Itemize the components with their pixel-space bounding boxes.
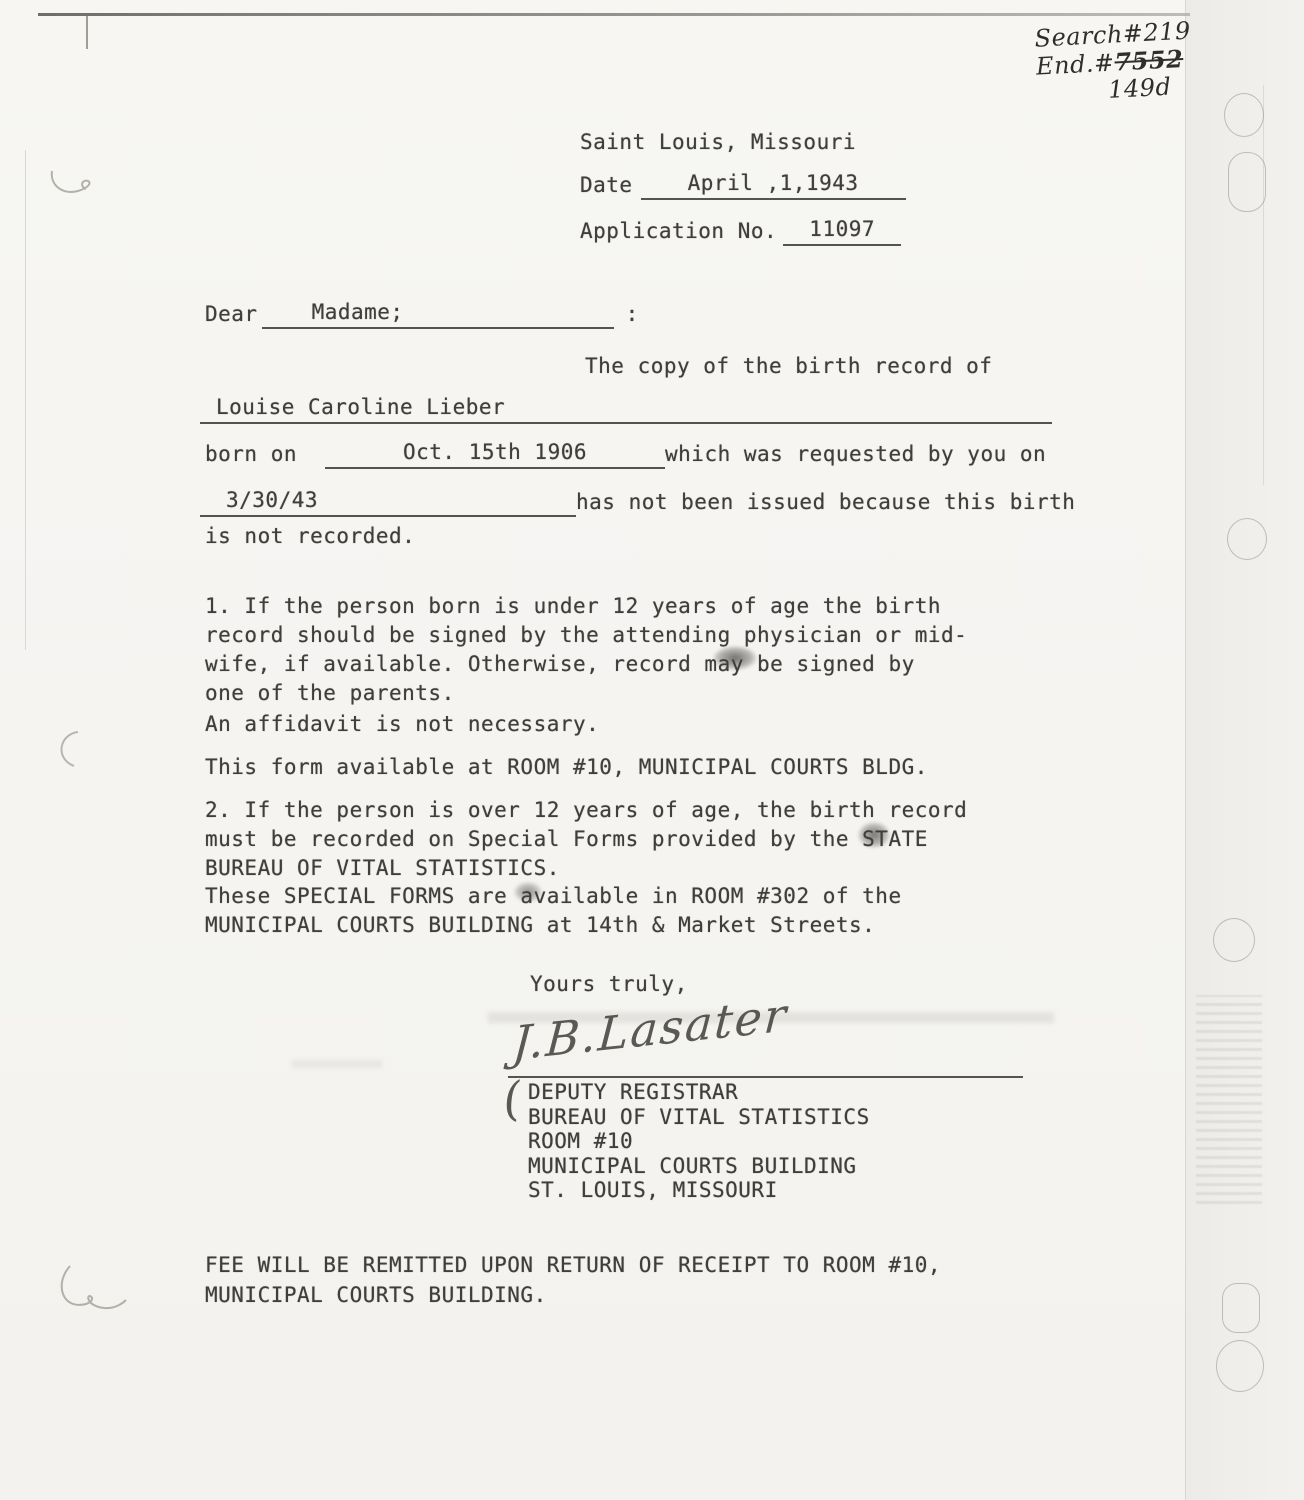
punch-hole bbox=[1213, 918, 1255, 962]
signature-rule bbox=[508, 1076, 1023, 1078]
stamp-ghost-smudge bbox=[292, 1060, 382, 1068]
punch-hole bbox=[1227, 518, 1267, 560]
punch-hole bbox=[1222, 1283, 1260, 1333]
application-label: Application No. bbox=[580, 217, 777, 246]
pen-squiggle bbox=[52, 728, 92, 772]
special-forms-paragraph: These SPECIAL FORMS are available in ROO… bbox=[205, 882, 1025, 940]
scan-left-fold-line bbox=[25, 150, 26, 650]
affidavit-line: An affidavit is not necessary. bbox=[205, 710, 599, 739]
signature-block: DEPUTY REGISTRAR BUREAU OF VITAL STATIST… bbox=[528, 1080, 870, 1203]
application-number-field: 11097 bbox=[783, 215, 901, 246]
punch-hole bbox=[1224, 93, 1264, 137]
form-available-line: This form available at ROOM #10, MUNICIP… bbox=[205, 753, 928, 782]
letter-city-line: Saint Louis, Missouri bbox=[580, 128, 856, 157]
date-row: DateApril ,1,1943 bbox=[580, 169, 906, 200]
scan-top-edge-line bbox=[38, 13, 1190, 16]
not-issued-text: has not been issued because this birth bbox=[576, 488, 1075, 517]
pen-squiggle bbox=[52, 1262, 142, 1332]
scan-crease-line bbox=[1263, 85, 1264, 485]
name-field: Louise Caroline Lieber bbox=[200, 393, 1052, 424]
name-row: Louise Caroline Lieber bbox=[200, 393, 1052, 424]
annotation-struck-number: 7552 bbox=[1114, 44, 1184, 77]
salutation-colon: : bbox=[626, 300, 639, 329]
paragraph-1: 1. If the person born is under 12 years … bbox=[205, 592, 1005, 708]
request-date-field: 3/30/43 bbox=[200, 486, 576, 517]
dear-label: Dear bbox=[205, 300, 258, 329]
birth-date-field: Oct. 15th 1906 bbox=[325, 438, 665, 469]
scanned-letter-page: Search#219 End.#7552 149d Saint Louis, M… bbox=[0, 0, 1304, 1500]
born-on-label: born on bbox=[205, 440, 297, 469]
request-date-row: 3/30/43has not been issued because this … bbox=[200, 486, 1075, 517]
punch-hole bbox=[1228, 152, 1266, 212]
closing-line: Yours truly, bbox=[530, 970, 688, 999]
not-recorded-line: is not recorded. bbox=[205, 522, 415, 551]
born-on-row: born onOct. 15th 1906which was requested… bbox=[205, 438, 1046, 469]
fee-notice: FEE WILL BE REMITTED UPON RETURN OF RECE… bbox=[205, 1250, 1065, 1310]
intro-line: The copy of the birth record of bbox=[585, 352, 992, 381]
page-right-margin-band bbox=[1185, 0, 1304, 1500]
date-label: Date bbox=[580, 171, 633, 200]
handwritten-annotation: Search#219 End.#7552 149d bbox=[1034, 18, 1178, 107]
punch-hole bbox=[1216, 1340, 1264, 1392]
scan-edge-tick bbox=[86, 15, 88, 49]
handwritten-signature: J.B.Lasater bbox=[511, 987, 790, 1071]
pen-squiggle bbox=[48, 165, 108, 205]
signature-paren-mark: ( bbox=[500, 1071, 523, 1127]
date-value-field: April ,1,1943 bbox=[641, 169, 906, 200]
requested-by-text: which was requested by you on bbox=[665, 440, 1046, 469]
salutation-row: DearMadame;: bbox=[205, 298, 639, 329]
watermark-smudge bbox=[1196, 995, 1262, 1210]
recipient-field: Madame; bbox=[262, 298, 614, 329]
paragraph-2: 2. If the person is over 12 years of age… bbox=[205, 796, 1025, 883]
application-row: Application No.11097 bbox=[580, 215, 901, 246]
